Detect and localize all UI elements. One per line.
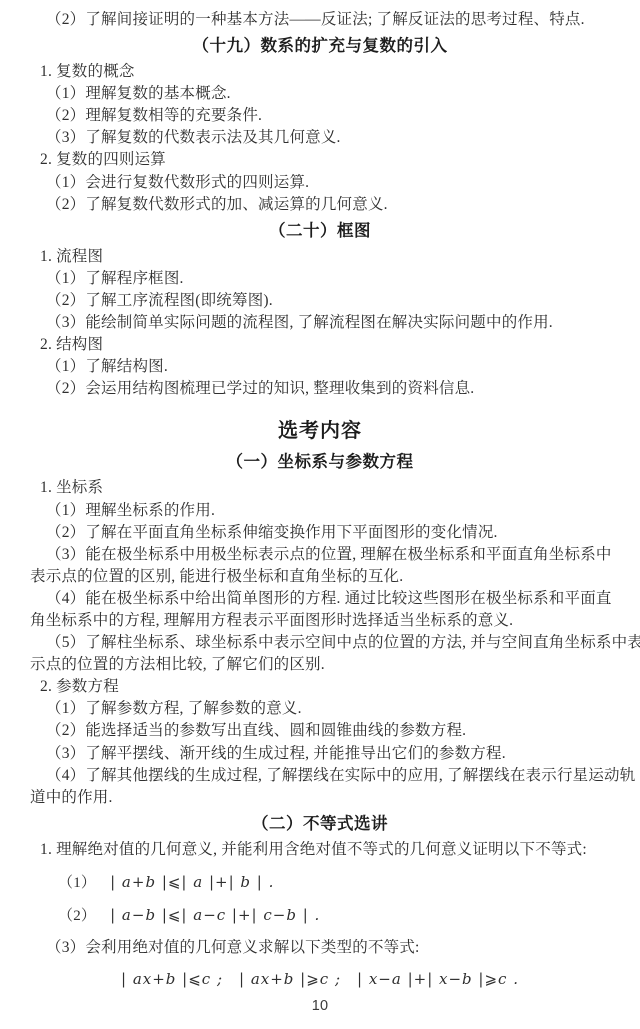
- list-item: （2）会运用结构图梳理已学过的知识, 整理收集到的资料信息.: [30, 378, 610, 400]
- formula: | a−b |⩽| a−c |+| c−b | .: [110, 906, 320, 924]
- formula-line: （2）| a−b |⩽| a−c |+| c−b | .: [30, 904, 610, 927]
- list-item: （2）能选择适当的参数写出直线、圆和圆锥曲线的参数方程.: [30, 720, 610, 742]
- paragraph-continuation: 表示点的位置的区别, 能进行极坐标和直角坐标的互化.: [30, 566, 610, 588]
- paragraph-continuation: 道中的作用.: [30, 787, 610, 809]
- formula-number: （1）: [58, 875, 96, 891]
- list-item: （3）能在极坐标系中用极坐标表示点的位置, 理解在极坐标系和平面直角坐标系中: [30, 544, 610, 566]
- list-item: （2）了解在平面直角坐标系伸缩变换作用下平面图形的变化情况.: [30, 522, 610, 544]
- subsection-heading: （一）坐标系与参数方程: [30, 450, 610, 474]
- section-title: 选考内容: [30, 417, 610, 445]
- list-item: （2）了解工序流程图(即统筹图).: [30, 290, 610, 312]
- list-item: （4）能在极坐标系中给出简单图形的方程. 通过比较这些图形在极坐标系和平面直: [30, 588, 610, 610]
- list-item: （3）了解平摆线、渐开线的生成过程, 并能推导出它们的参数方程.: [30, 743, 610, 765]
- formula: | a+b |⩽| a |+| b | .: [110, 873, 274, 891]
- subsection-heading: （十九）数系的扩充与复数的引入: [30, 34, 610, 58]
- list-item: （2）了解复数代数形式的加、减运算的几何意义.: [30, 194, 610, 216]
- list-item: （3）了解复数的代数表示法及其几何意义.: [30, 127, 610, 149]
- subsection-heading: （二十）框图: [30, 219, 610, 243]
- numbered-item: 2. 结构图: [30, 334, 610, 356]
- list-item: （1）了解结构图.: [30, 356, 610, 378]
- numbered-item: 1. 流程图: [30, 246, 610, 268]
- numbered-item: 2. 复数的四则运算: [30, 149, 610, 171]
- numbered-item: 1. 坐标系: [30, 477, 610, 499]
- list-item: （2）理解复数相等的充要条件.: [30, 105, 610, 127]
- formula-line-centered: | ax+b |⩽c ; | ax+b |⩾c ; | x−a |+| x−b …: [30, 968, 610, 991]
- list-item: （4）了解其他摆线的生成过程, 了解摆线在实际中的应用, 了解摆线在表示行星运动…: [30, 765, 610, 787]
- list-item: （1）了解参数方程, 了解参数的意义.: [30, 698, 610, 720]
- numbered-item: 2. 参数方程: [30, 676, 610, 698]
- numbered-item: 1. 复数的概念: [30, 61, 610, 83]
- list-item: （3）会利用绝对值的几何意义求解以下类型的不等式:: [30, 937, 610, 959]
- document-page: （2）了解间接证明的一种基本方法——反证法; 了解反证法的思考过程、特点.（十九…: [0, 0, 640, 1017]
- list-item: （3）能绘制简单实际问题的流程图, 了解流程图在解决实际问题中的作用.: [30, 312, 610, 334]
- paragraph-continuation: 示点的位置的方法相比较, 了解它们的区别.: [30, 654, 610, 676]
- paragraph-continuation: 角坐标系中的方程, 理解用方程表示平面图形时选择适当坐标系的意义.: [30, 610, 610, 632]
- subsection-heading: （二）不等式选讲: [30, 812, 610, 836]
- list-item: （5）了解柱坐标系、球坐标系中表示空间中点的位置的方法, 并与空间直角坐标系中表: [30, 632, 610, 654]
- formula-number: （2）: [58, 908, 96, 924]
- list-item: （1）理解坐标系的作用.: [30, 500, 610, 522]
- list-item: （2）了解间接证明的一种基本方法——反证法; 了解反证法的思考过程、特点.: [30, 9, 610, 31]
- numbered-item: 1. 理解绝对值的几何意义, 并能利用含绝对值不等式的几何意义证明以下不等式:: [30, 839, 610, 861]
- list-item: （1）会进行复数代数形式的四则运算.: [30, 172, 610, 194]
- page-number: 10: [30, 995, 610, 1017]
- list-item: （1）了解程序框图.: [30, 268, 610, 290]
- list-item: （1）理解复数的基本概念.: [30, 83, 610, 105]
- formula-line: （1）| a+b |⩽| a |+| b | .: [30, 871, 610, 894]
- formula: | ax+b |⩽c ; | ax+b |⩾c ; | x−a |+| x−b …: [121, 970, 519, 988]
